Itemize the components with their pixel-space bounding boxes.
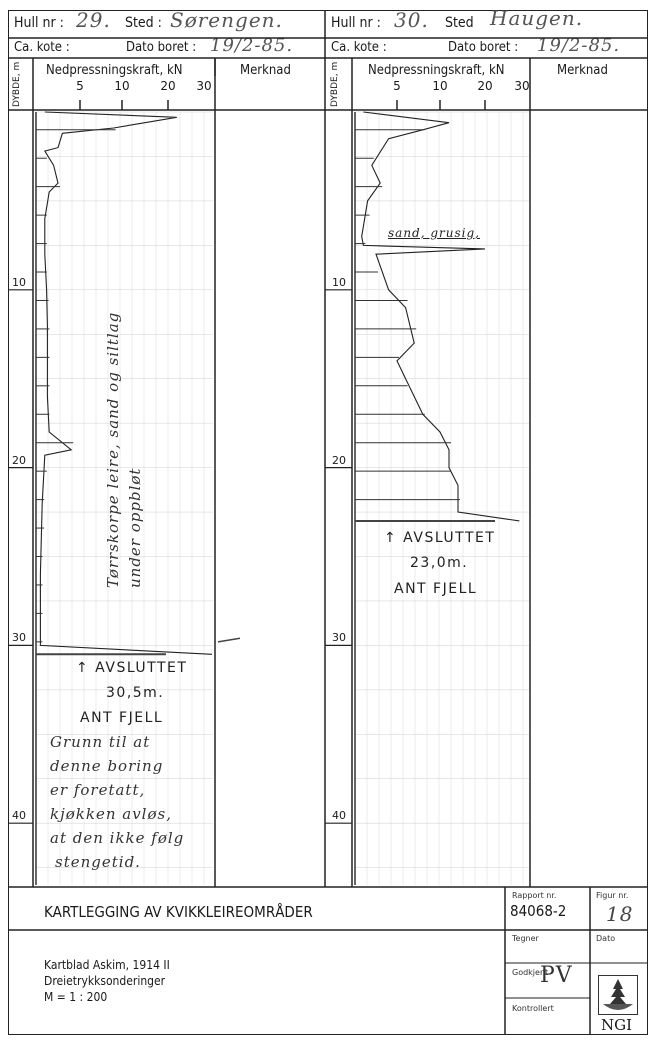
dato-label: Dato boret : — [448, 40, 518, 55]
description-line: Dreietrykksonderinger — [44, 974, 165, 988]
remarks-header: Merknad — [557, 63, 608, 78]
rapport-value: 84068-2 — [510, 902, 566, 920]
remarks-header: Merknad — [240, 63, 291, 78]
hull-nr-label: Hull nr : — [331, 15, 381, 31]
force-axis-label: Nedpressningskraft, kN — [368, 63, 504, 78]
force-tick: 10 — [114, 79, 129, 93]
ngi-logo-icon — [598, 975, 638, 1015]
depth-tick: 20 — [332, 454, 346, 467]
figur-value: 18 — [606, 902, 633, 926]
note-line: Grunn til at — [50, 733, 150, 751]
dato-label: Dato — [596, 934, 615, 943]
kote-label: Ca. kote : — [14, 40, 70, 55]
sted-value: Haugen. — [490, 6, 583, 30]
depth-tick: 40 — [12, 809, 26, 822]
depth-tick: 10 — [12, 276, 26, 289]
description-line: M = 1 : 200 — [44, 990, 107, 1004]
force-tick: 5 — [393, 79, 401, 93]
force-tick: 20 — [160, 79, 175, 93]
force-tick: 20 — [477, 79, 492, 93]
rapport-label: Rapport nr. — [512, 891, 556, 900]
vertical-note-2: under oppbløt — [126, 468, 144, 588]
note-line: kjøkken avløs, — [50, 805, 172, 823]
stop-note-line2: 30,5m. — [106, 685, 164, 701]
stop-note-line3: ANT FJELL — [394, 581, 477, 597]
kote-label: Ca. kote : — [331, 40, 387, 55]
tegner-label: Tegner — [512, 934, 539, 943]
sted-label: Sted — [445, 15, 474, 31]
tree-icon — [599, 976, 637, 1014]
hull-nr-value: 29. — [76, 8, 111, 32]
depth-tick: 30 — [12, 631, 26, 644]
dato-value: 19/2-85. — [537, 35, 620, 56]
sted-label: Sted : — [125, 15, 162, 31]
note-line: stengetid. — [55, 853, 141, 871]
stop-note-line1: ↑ AVSLUTTET — [384, 530, 495, 546]
force-tick: 30 — [196, 79, 211, 93]
stop-note-line2: 23,0m. — [410, 555, 468, 571]
godkjent-signature: PV — [540, 963, 573, 988]
figur-label: Figur nr. — [596, 891, 628, 900]
force-tick: 5 — [76, 79, 84, 93]
vertical-note: Tørrskorpe leire, sand og siltlag — [104, 312, 122, 588]
depth-tick: 30 — [332, 631, 346, 644]
ngi-logo-text: NGI — [601, 1016, 632, 1034]
project-title: KARTLEGGING AV KVIKKLEIREOMRÅDER — [44, 903, 313, 921]
dato-label: Dato boret : — [126, 40, 196, 55]
kontrollert-label: Kontrollert — [512, 1004, 554, 1013]
layer-note: sand, grusig, — [388, 226, 480, 240]
note-line: denne boring — [50, 757, 163, 775]
depth-tick: 10 — [332, 276, 346, 289]
depth-tick: 20 — [12, 454, 26, 467]
depth-tick: 40 — [332, 809, 346, 822]
dato-value: 19/2-85. — [210, 35, 293, 56]
note-line: at den ikke følg — [50, 829, 184, 847]
force-tick: 10 — [432, 79, 447, 93]
hull-nr-value: 30. — [394, 8, 429, 32]
stop-note-line3: ANT FJELL — [80, 710, 163, 726]
description-line: Kartblad Askim, 1914 II — [44, 958, 170, 972]
depth-axis-label: DYBDE, m — [330, 62, 340, 107]
depth-axis-label: DYBDE, m — [12, 62, 22, 107]
note-line: er foretatt, — [50, 781, 145, 799]
sted-value: Sørengen. — [170, 8, 283, 32]
hull-nr-label: Hull nr : — [14, 15, 64, 31]
stop-note-line1: ↑ AVSLUTTET — [76, 660, 187, 676]
force-axis-label: Nedpressningskraft, kN — [46, 63, 182, 78]
force-tick: 30 — [514, 79, 529, 93]
